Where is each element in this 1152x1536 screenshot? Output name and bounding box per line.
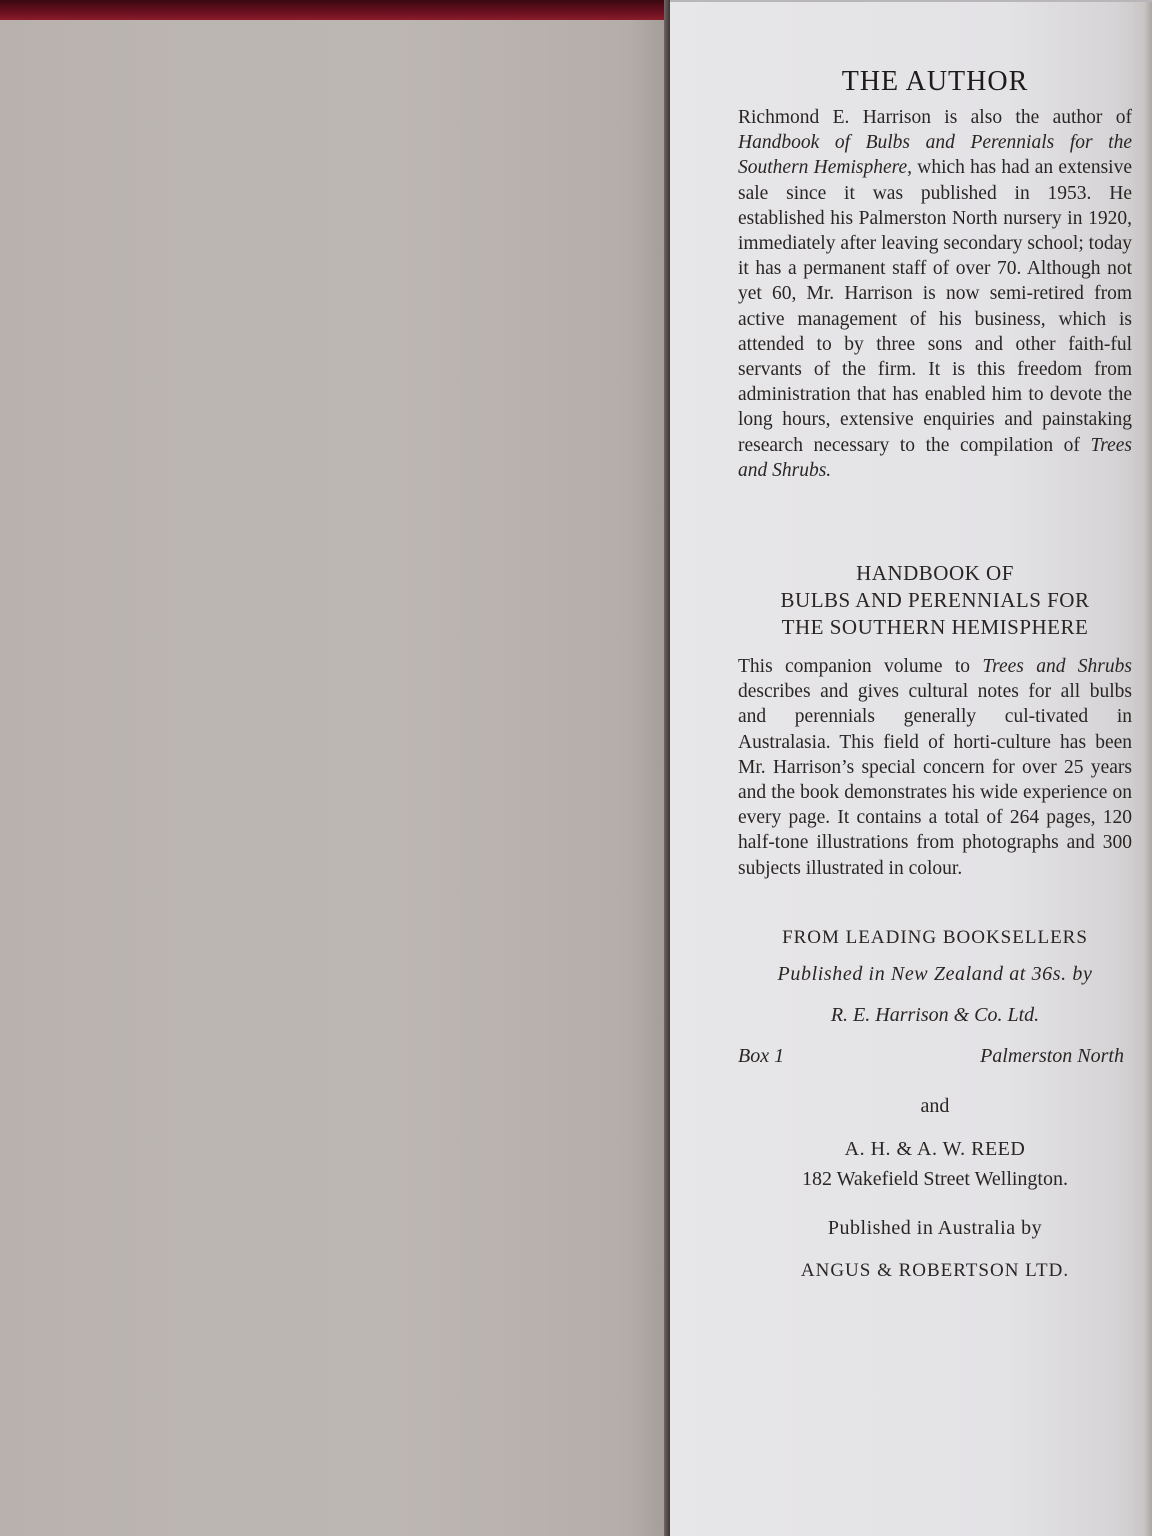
from-leading-booksellers: FROM LEADING BOOKSELLERS	[738, 927, 1132, 949]
flap-content: THE AUTHOR Richmond E. Harrison is also …	[738, 2, 1132, 1536]
author-para-seg-0: Richmond E. Harrison is also the author …	[738, 107, 1132, 128]
published-au-line: Published in Australia by	[738, 1217, 1132, 1240]
nz-city: Palmerston North	[980, 1045, 1124, 1068]
book-cloth-edge	[0, 0, 670, 20]
author-para-seg-2: which has had an extensive sale since it…	[738, 157, 1132, 455]
endpaper-panel	[0, 20, 664, 1536]
handbook-para-seg-2: describes and gives cultural notes for a…	[738, 681, 1132, 878]
handbook-heading-line-1: HANDBOOK OF	[738, 560, 1132, 587]
author-heading: THE AUTHOR	[738, 66, 1132, 98]
handbook-heading: HANDBOOK OF BULBS AND PERENNIALS FOR THE…	[738, 560, 1132, 641]
au-publisher-name: ANGUS & ROBERTSON LTD.	[738, 1260, 1132, 1282]
dust-jacket-flap: THE AUTHOR Richmond E. Harrison is also …	[670, 0, 1152, 1536]
and-connector: and	[738, 1095, 1132, 1118]
nz-publisher-name: R. E. Harrison & Co. Ltd.	[738, 1004, 1132, 1027]
handbook-para-seg-1: Trees and Shrubs	[982, 656, 1132, 677]
published-nz-line: Published in New Zealand at 36s. by	[738, 963, 1132, 986]
handbook-heading-line-3: THE SOUTHERN HEMISPHERE	[738, 614, 1132, 641]
endpaper-shadow	[628, 20, 664, 1536]
nz-box: Box 1	[738, 1045, 784, 1068]
author-paragraph: Richmond E. Harrison is also the author …	[738, 105, 1132, 483]
flap-worn-edge	[1132, 2, 1152, 1536]
second-publisher-address: 182 Wakefield Street Wellington.	[738, 1168, 1132, 1191]
handbook-paragraph: This companion volume to Trees and Shrub…	[738, 654, 1132, 881]
handbook-para-seg-0: This companion volume to	[738, 656, 982, 677]
second-publisher-name: A. H. & A. W. REED	[738, 1138, 1132, 1161]
nz-publisher-address: Box 1 Palmerston North	[738, 1045, 1124, 1068]
handbook-heading-line-2: BULBS AND PERENNIALS FOR	[738, 587, 1132, 614]
